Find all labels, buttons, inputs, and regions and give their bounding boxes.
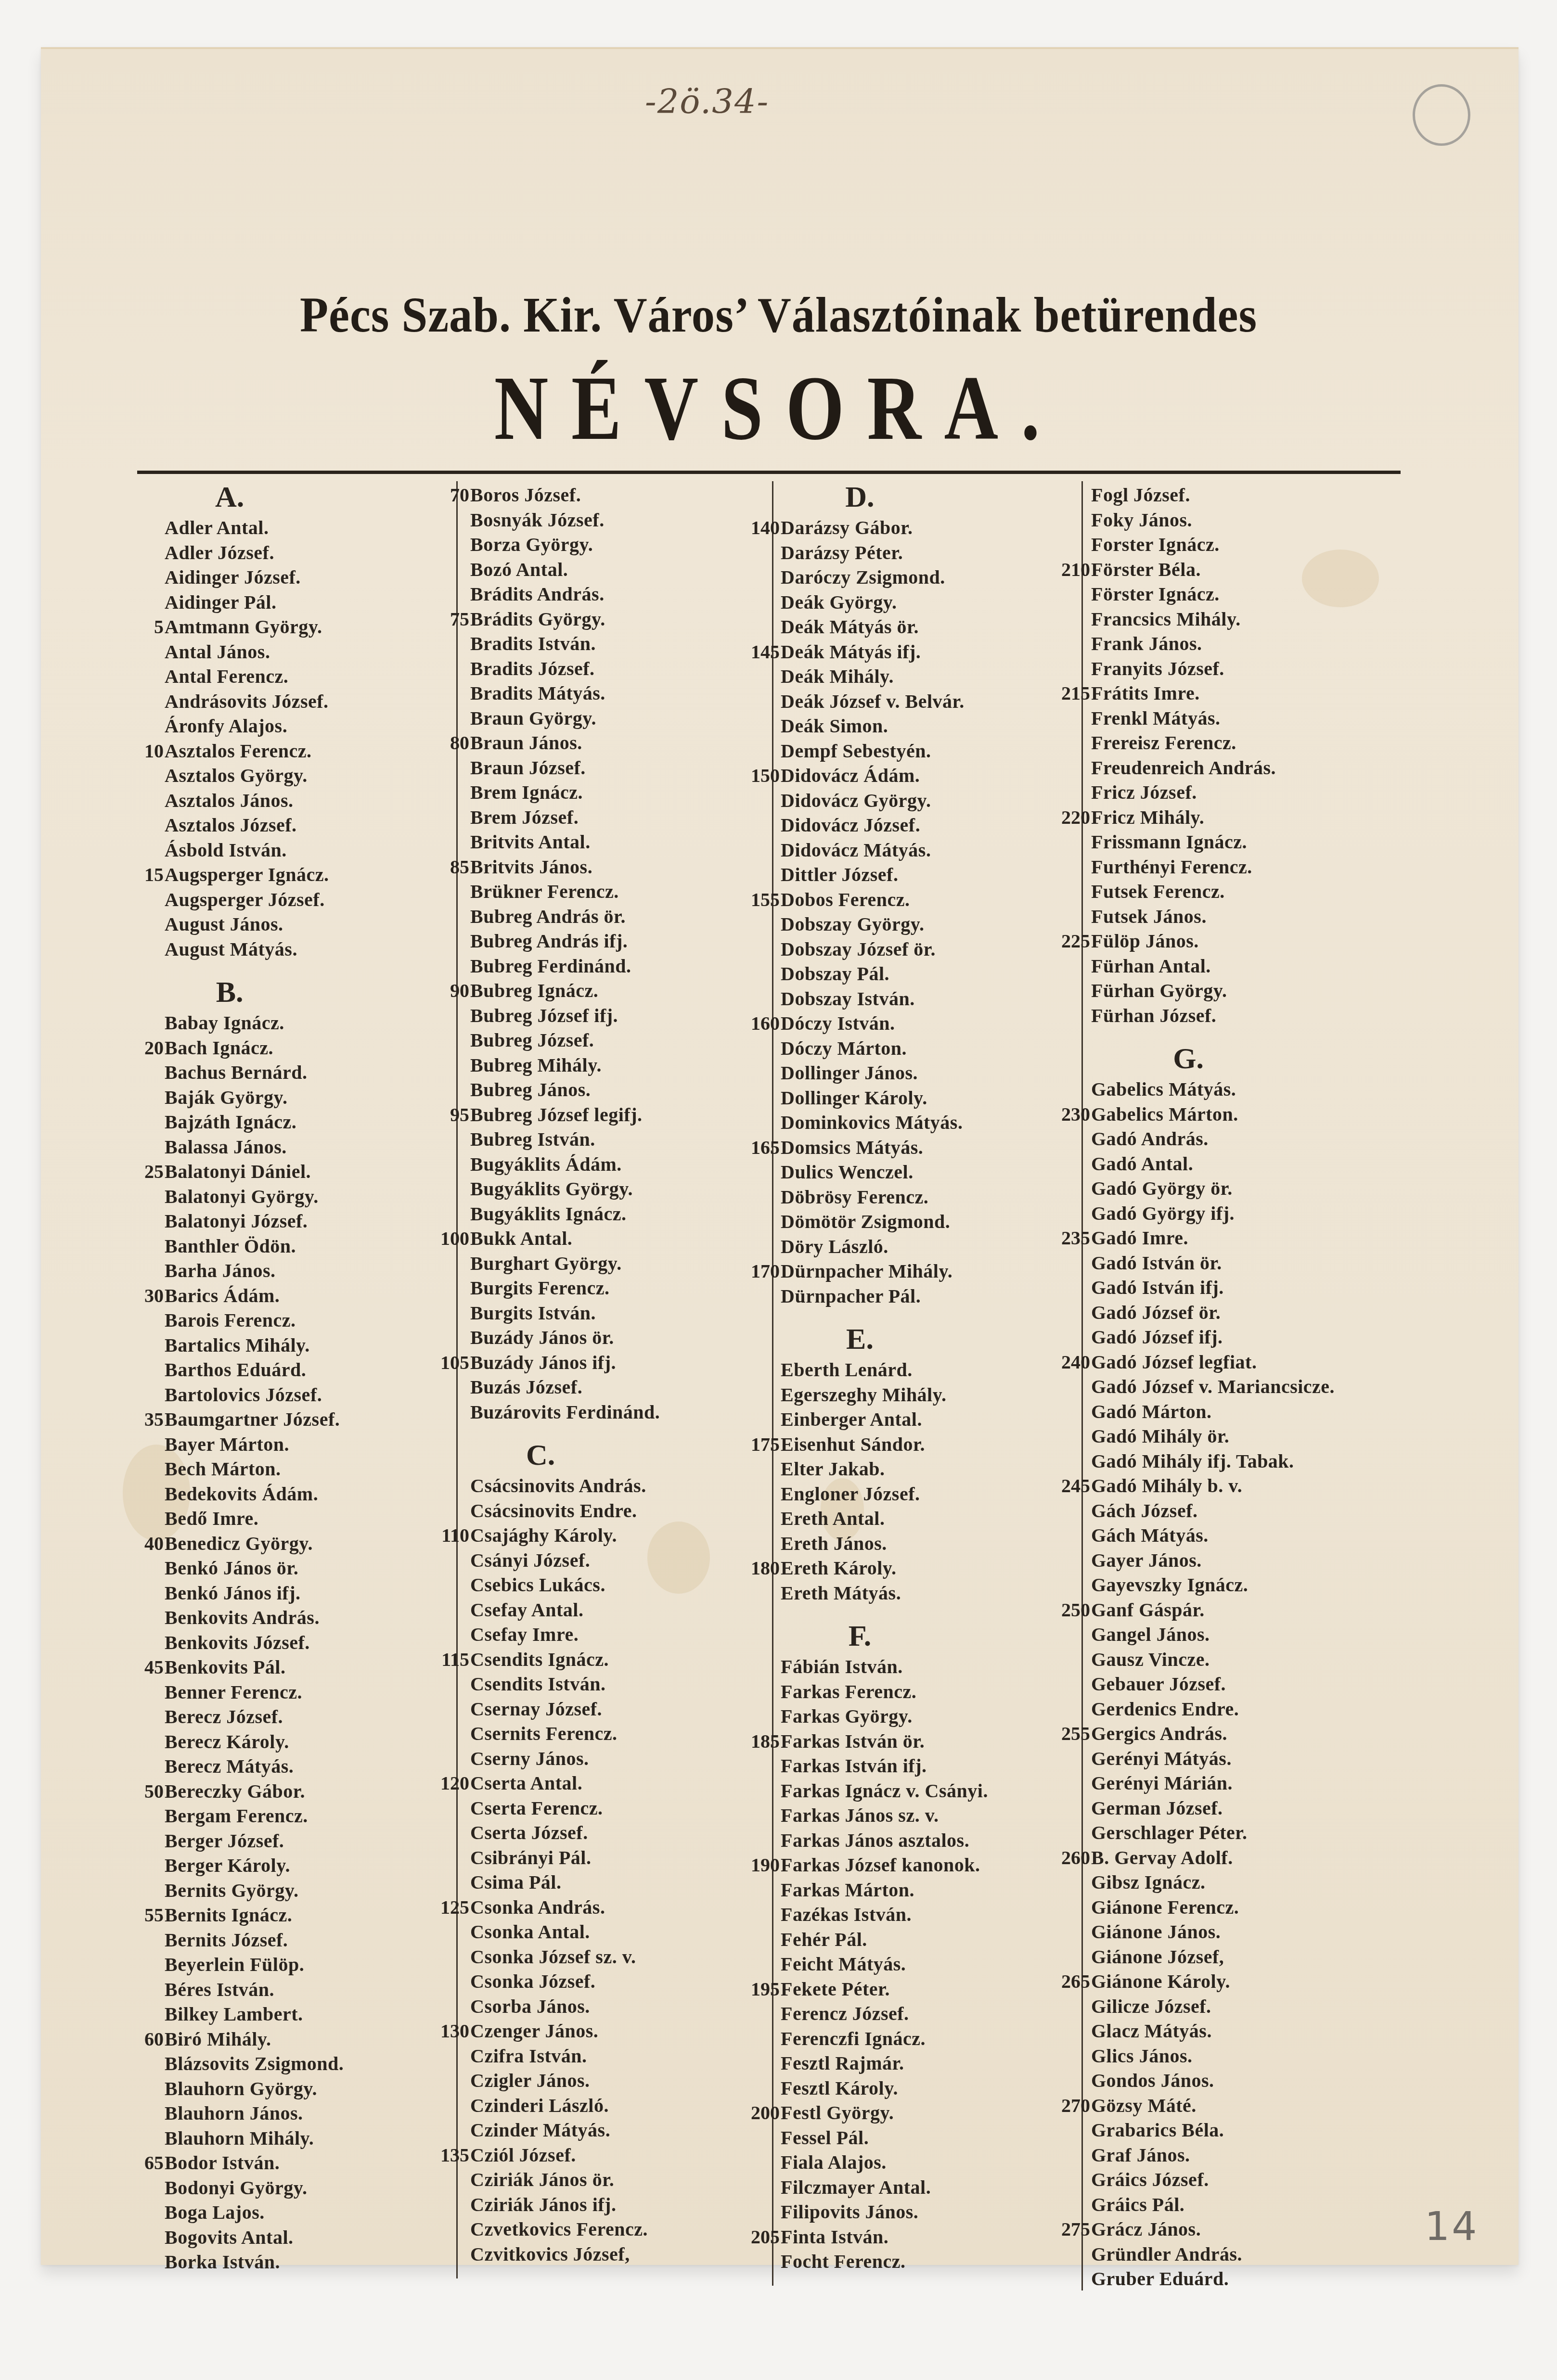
voter-entry: Augsperger József. [116,887,344,912]
entry-number: 155 [732,887,780,912]
voter-name: Augsperger Ignácz. [164,862,329,887]
entry-number [421,1746,469,1771]
voter-entry: Balatonyi József. [116,1209,344,1234]
voter-entry: Brükner Ferencz. [421,879,660,904]
column-1: A.Adler Antal.Adler József.Aidinger Józs… [116,479,344,2275]
voter-entry: 200Festl György. [732,2100,988,2125]
entry-number [116,1060,164,1085]
voter-name: Buzárovits Ferdinánd. [469,1400,660,1425]
entry-number [1042,1820,1090,1845]
voter-name: Giánone Ferencz. [1090,1895,1239,1920]
voter-entry: Farkas István ifj. [732,1753,988,1779]
voter-name: Bubreg Ignácz. [469,978,598,1003]
column-3: D.140Darázsy Gábor.Darázsy Péter.Daróczy… [732,479,988,2274]
voter-name: Gayer János. [1090,1548,1202,1573]
entry-number [732,1878,780,1903]
entry-number [421,755,469,781]
voter-entry: Gráics Pál. [1042,2192,1335,2217]
entry-number: 135 [421,2143,469,2168]
voter-name: Buzás József. [469,1375,582,1400]
voter-name: Brükner Ferencz. [469,879,619,904]
voter-entry: Berecz Károly. [116,1729,344,1754]
voter-name: Graf János. [1090,2143,1190,2168]
entry-number [421,2217,469,2242]
voter-name: Fiala Alajos. [780,2150,887,2175]
voter-name: Didovácz György. [780,788,931,813]
entry-number [732,540,780,565]
voter-entry: Barthos Eduárd. [116,1357,344,1382]
voter-name: Barics Ádám. [164,1283,280,1308]
voter-entry: Banthler Ödön. [116,1234,344,1259]
voter-name: Buzády János ör. [469,1325,614,1350]
voter-name: Csibrányi Pál. [469,1845,591,1870]
entry-number [421,1077,469,1102]
entry-number [421,706,469,731]
entry-number [116,1630,164,1655]
entry-number [116,1680,164,1705]
voter-entry: Egerszeghy Mihály. [732,1382,988,1408]
voter-entry: Ásbold István. [116,838,344,863]
voter-entry: Britvits Antal. [421,830,660,855]
voter-entry: Gách József. [1042,1498,1335,1523]
voter-name: Futsek János. [1090,904,1207,929]
voter-name: Cserta József. [469,1820,588,1845]
entry-number [732,1679,780,1704]
voter-name: Bedő Imre. [164,1506,258,1531]
voter-name: Bernits György. [164,1878,299,1903]
entry-number [1042,1449,1090,1474]
voter-entry: Brádits András. [421,582,660,607]
voter-entry: Benkovits József. [116,1630,344,1655]
entry-number [1042,1746,1090,1771]
voter-name: Brádits András. [469,582,605,607]
voter-entry: Eberth Lenárd. [732,1357,988,1382]
voter-entry: Didovácz József. [732,813,988,838]
voter-entry: Gadó György ör. [1042,1176,1335,1201]
entry-number [421,1053,469,1078]
entry-number: 145 [732,640,780,665]
voter-name: Frereisz Ferencz. [1090,730,1236,755]
voter-name: Dempf Sebestyén. [780,739,931,764]
voter-entry: Bayer Márton. [116,1432,344,1457]
voter-name: Fesztl Rajmár. [780,2051,904,2076]
entry-number [116,912,164,937]
voter-name: B. Gervay Adolf. [1090,1845,1233,1870]
entry-number [1042,1672,1090,1697]
voter-entry: Bradits József. [421,656,660,681]
voter-entry: Dömötör Zsigmond. [732,1209,988,1234]
entry-number [421,1400,469,1425]
voter-name: Balassa János. [164,1135,287,1160]
entry-number [1042,1870,1090,1895]
entry-number [1042,656,1090,681]
entry-number [421,1548,469,1573]
voter-name: Gebauer József. [1090,1672,1226,1697]
voter-name: Didovácz Mátyás. [780,838,931,863]
entry-number [421,508,469,533]
voter-entry: Fürhan György. [1042,978,1335,1003]
voter-name: Gadó Márton. [1090,1399,1211,1424]
voter-entry: Barois Ferencz. [116,1308,344,1333]
voter-name: Bugyáklits Ádám. [469,1152,622,1177]
entry-number [1042,1251,1090,1276]
voter-entry: Cserta Ferencz. [421,1796,660,1821]
entry-number [116,689,164,714]
voter-entry: Bosnyák József. [421,508,660,533]
voter-name: Deák Simon. [780,714,888,739]
voter-entry: Blauhorn György. [116,2076,344,2101]
entry-number: 95 [421,1102,469,1127]
entry-number [421,780,469,805]
voter-entry: 230Gabelics Márton. [1042,1102,1335,1127]
voter-entry: 70Boros József. [421,483,660,508]
voter-name: Einberger Antal. [780,1407,922,1432]
voter-name: Dóczy István. [780,1011,895,1036]
voter-entry: Baják György. [116,1085,344,1110]
voter-entry: Antal János. [116,640,344,665]
voter-name: Gibsz Ignácz. [1090,1870,1206,1895]
entry-number [1042,1300,1090,1325]
voter-entry: Bilkey Lambert. [116,2002,344,2027]
voter-entry: Bradits Mátyás. [421,681,660,706]
voter-entry: Bachus Bernárd. [116,1060,344,1085]
entry-number [116,565,164,590]
voter-entry: 25Balatonyi Dániel. [116,1159,344,1184]
voter-entry: Blauhorn Mihály. [116,2126,344,2151]
entry-number [732,788,780,813]
voter-entry: Fábián István. [732,1654,988,1679]
voter-entry: Bradits István. [421,631,660,656]
entry-number [421,1672,469,1697]
voter-name: Farkas György. [780,1704,913,1729]
voter-entry: Dollinger Károly. [732,1086,988,1111]
voter-name: Gilicze József. [1090,1994,1211,2019]
entry-number: 80 [421,730,469,755]
voter-name: Darázsy Gábor. [780,515,913,540]
entry-number [732,739,780,764]
voter-entry: Csonka József sz. v. [421,1945,660,1970]
voter-name: Brem József. [469,805,579,830]
voter-name: Biró Mihály. [164,2027,271,2052]
voter-name: Didovácz Ádám. [780,763,920,788]
voter-entry: Asztalos György. [116,763,344,788]
voter-name: Gergics András. [1090,1721,1227,1746]
voter-entry: Deák József v. Belvár. [732,689,988,714]
voter-entry: Bugyáklits Ignácz. [421,1202,660,1227]
entry-number [116,1704,164,1729]
entry-number [421,1177,469,1202]
voter-name: Bubreg József legifj. [469,1102,642,1127]
voter-entry: Bedekovits Ádám. [116,1482,344,1507]
entry-number [116,2250,164,2275]
entry-number [1042,954,1090,979]
voter-name: Dominkovics Mátyás. [780,1110,963,1135]
entry-number [421,1251,469,1276]
voter-name: Bubreg János. [469,1077,591,1102]
voter-entry: Boga Lajos. [116,2200,344,2225]
voter-entry: Cziriák János ifj. [421,2192,660,2217]
voter-name: Ferenczfi Ignácz. [780,2026,926,2051]
entry-number [732,1828,780,1853]
voter-name: Fülöp János. [1090,929,1199,954]
voter-entry: Czifra István. [421,2044,660,2069]
voter-entry: Blauhorn János. [116,2101,344,2126]
voter-entry: 195Fekete Péter. [732,1977,988,2002]
voter-name: Augsperger József. [164,887,325,912]
voter-name: Bubreg József ifj. [469,1003,618,1028]
voter-name: Gadó Antal. [1090,1152,1193,1177]
section-gap [116,961,344,974]
entry-number [1042,879,1090,904]
voter-entry: 245Gadó Mihály b. v. [1042,1473,1335,1498]
entry-number [421,2093,469,2118]
voter-name: Gözsy Máté. [1090,2093,1197,2118]
entry-number [1042,978,1090,1003]
voter-name: Dulics Wenczel. [780,1160,914,1185]
entry-number: 260 [1042,1845,1090,1870]
voter-name: Ereth Károly. [780,1556,897,1581]
entry-number [1042,1498,1090,1523]
voter-entry: Csima Pál. [421,1870,660,1895]
voter-entry: Ereth Antal. [732,1506,988,1531]
letter-heading: E. [732,1323,988,1356]
entry-number: 110 [421,1523,469,1548]
voter-name: Filipovits János. [780,2200,918,2225]
entry-number [116,1928,164,1953]
voter-entry: Gerschlager Péter. [1042,1820,1335,1845]
section-gap [421,1424,660,1437]
voter-entry: Gayevszky Ignácz. [1042,1573,1335,1598]
entry-number [116,838,164,863]
voter-entry: Foky János. [1042,508,1335,533]
voter-name: Balatonyi József. [164,1209,308,1234]
entry-number [116,540,164,565]
voter-name: Bartalics Mihály. [164,1333,310,1358]
voter-name: Antal Ferencz. [164,664,288,689]
entry-number [421,1622,469,1647]
voter-entry: Fricz József. [1042,780,1335,805]
voter-entry: Csácsinovits Endre. [421,1498,660,1523]
voter-entry: Gründler András. [1042,2242,1335,2267]
voter-entry: Borka István. [116,2250,344,2275]
entry-number [732,1531,780,1556]
entry-number [1042,2192,1090,2217]
entry-number [116,1184,164,1209]
voter-entry: 20Bach Ignácz. [116,1036,344,1061]
voter-name: Farkas István ör. [780,1729,925,1754]
voter-entry: Gayer János. [1042,1548,1335,1573]
voter-entry: Csebics Lukács. [421,1573,660,1598]
voter-name: Burgits Ferencz. [469,1276,609,1301]
voter-name: Csefay Antal. [469,1598,583,1623]
voter-name: Fürhan József. [1090,1003,1216,1028]
voter-name: Csefay Imre. [469,1622,579,1647]
voter-entry: Adler József. [116,540,344,565]
voter-entry: Gadó Antal. [1042,1152,1335,1177]
voter-entry: Dobszay István. [732,986,988,1011]
entry-number [1042,830,1090,855]
voter-name: Dittler József. [780,862,898,887]
section-gap [1042,1028,1335,1040]
entry-number [732,986,780,1011]
voter-entry: Döbrösy Ferencz. [732,1185,988,1210]
entry-number: 195 [732,1977,780,2002]
voter-name: Fricz József. [1090,780,1197,805]
entry-number: 55 [116,1903,164,1928]
entry-number [116,1556,164,1581]
voter-name: Áronfy Alajos. [164,714,287,739]
voter-entry: Barha János. [116,1258,344,1283]
entry-number [1042,1424,1090,1449]
entry-number [116,1952,164,1977]
entry-number: 100 [421,1226,469,1251]
voter-entry: Bugyáklits György. [421,1177,660,1202]
voter-entry: Dobszay József ör. [732,937,988,962]
entry-number: 140 [732,515,780,540]
entry-number: 25 [116,1159,164,1184]
entry-number [116,1333,164,1358]
entry-number [732,1654,780,1679]
entry-number [732,961,780,986]
voter-name: Ásbold István. [164,838,287,863]
entry-number [116,2076,164,2101]
entry-number [421,805,469,830]
voter-name: Frissmann Ignácz. [1090,830,1247,855]
entry-number [116,1135,164,1160]
entry-number [732,937,780,962]
voter-name: Farkas József kanonok. [780,1853,980,1878]
entry-number [421,2068,469,2093]
voter-name: Gadó György ör. [1090,1176,1233,1201]
entry-number [116,1482,164,1507]
voter-entry: Ereth Mátyás. [732,1581,988,1606]
voter-name: Bradits István. [469,631,596,656]
voter-name: Czifra István. [469,2044,587,2069]
voter-name: Deák Mihály. [780,664,894,689]
voter-entry: Fesztl Károly. [732,2076,988,2101]
voter-entry: 50Bereczky Gábor. [116,1779,344,1804]
voter-name: Burghart György. [469,1251,622,1276]
voter-entry: Bernits György. [116,1878,344,1903]
entry-number [116,2051,164,2076]
entry-number [1042,755,1090,781]
voter-entry: Frenkl Mátyás. [1042,706,1335,731]
voter-entry: Brem József. [421,805,660,830]
entry-number [1042,2019,1090,2044]
voter-name: Benkó János ör. [164,1556,298,1581]
entry-number [1042,1697,1090,1722]
entry-number: 20 [116,1036,164,1061]
voter-entry: Gangel János. [1042,1622,1335,1647]
voter-entry: Francsics Mihály. [1042,607,1335,632]
voter-entry: Berger Károly. [116,1853,344,1878]
voter-entry: Braun József. [421,755,660,781]
voter-name: Dürnpacher Pál. [780,1284,921,1309]
entry-number [1042,1003,1090,1028]
entry-number [421,1003,469,1028]
entry-number [116,1977,164,2002]
voter-name: Bech Márton. [164,1457,281,1482]
voter-name: Gondos János. [1090,2068,1214,2093]
voter-entry: Deák Simon. [732,714,988,739]
voter-name: Ereth János. [780,1531,887,1556]
voter-entry: 55Bernits Ignácz. [116,1903,344,1928]
pencil-circle-mark [1413,84,1470,146]
voter-name: Czvetkovics Ferencz. [469,2217,648,2242]
voter-name: Britvits János. [469,855,592,880]
letter-heading: A. [116,481,344,513]
voter-entry: Fürhan József. [1042,1003,1335,1028]
voter-name: Ereth Antal. [780,1506,885,1531]
voter-entry: Bodonyi György. [116,2175,344,2201]
voter-entry: Franyits József. [1042,656,1335,681]
voter-name: Csernits Ferencz. [469,1721,617,1746]
voter-name: Bubreg András ör. [469,904,626,929]
voter-entry: Gebauer József. [1042,1672,1335,1697]
entry-number [421,1473,469,1498]
entry-number: 265 [1042,1969,1090,1994]
voter-name: Csendits Ignácz. [469,1647,609,1672]
entry-number [732,1779,780,1804]
entry-number [116,2175,164,2201]
voter-name: Czenger János. [469,2019,598,2044]
voter-entry: Burgits István. [421,1301,660,1326]
voter-name: Cziriák János ör. [469,2167,614,2192]
voter-name: Giánone János. [1090,1919,1221,1945]
voter-name: Bradits Mátyás. [469,681,605,706]
voter-entry: Farkas Ferencz. [732,1679,988,1704]
entry-number [421,1697,469,1722]
entry-number: 215 [1042,681,1090,706]
voter-name: Futsek Ferencz. [1090,879,1225,904]
entry-number [1042,1919,1090,1945]
voter-entry: 180Ereth Károly. [732,1556,988,1581]
voter-entry: Futsek Ferencz. [1042,879,1335,904]
entry-number [1042,2044,1090,2069]
voter-entry: Gausz Vincze. [1042,1647,1335,1672]
voter-name: Benkovits András. [164,1605,320,1630]
handwritten-reference: -2ö.34- [645,82,769,121]
voter-entry: Didovácz Mátyás. [732,838,988,863]
entry-number [1042,1895,1090,1920]
voter-name: Cziriák János ifj. [469,2192,616,2217]
entry-number [1042,2242,1090,2267]
voter-name: Csorba János. [469,1994,590,2019]
voter-name: Domsics Mátyás. [780,1135,923,1160]
voter-entry: Fazékas István. [732,1902,988,1927]
entry-number [421,2167,469,2192]
entry-number [116,1234,164,1259]
voter-entry: Gilicze József. [1042,1994,1335,2019]
voter-name: Berecz Károly. [164,1729,289,1754]
title-rule [137,471,1401,474]
document-subtitle: Pécs Szab. Kir. Város’ Választóinak betü… [54,286,1503,344]
letter-heading: F. [732,1620,988,1652]
entry-number [732,1482,780,1507]
voter-entry: Béres István. [116,1977,344,2002]
entry-number [732,2150,780,2175]
entry-number [732,1086,780,1111]
entry-number [732,1803,780,1828]
entry-number [116,1258,164,1283]
entry-number [421,1721,469,1746]
voter-entry: Bubreg József. [421,1028,660,1053]
voter-name: Borka István. [164,2250,280,2275]
entry-number [421,954,469,979]
entry-number [1042,1201,1090,1226]
entry-number [732,689,780,714]
voter-name: Gadó András. [1090,1126,1209,1152]
